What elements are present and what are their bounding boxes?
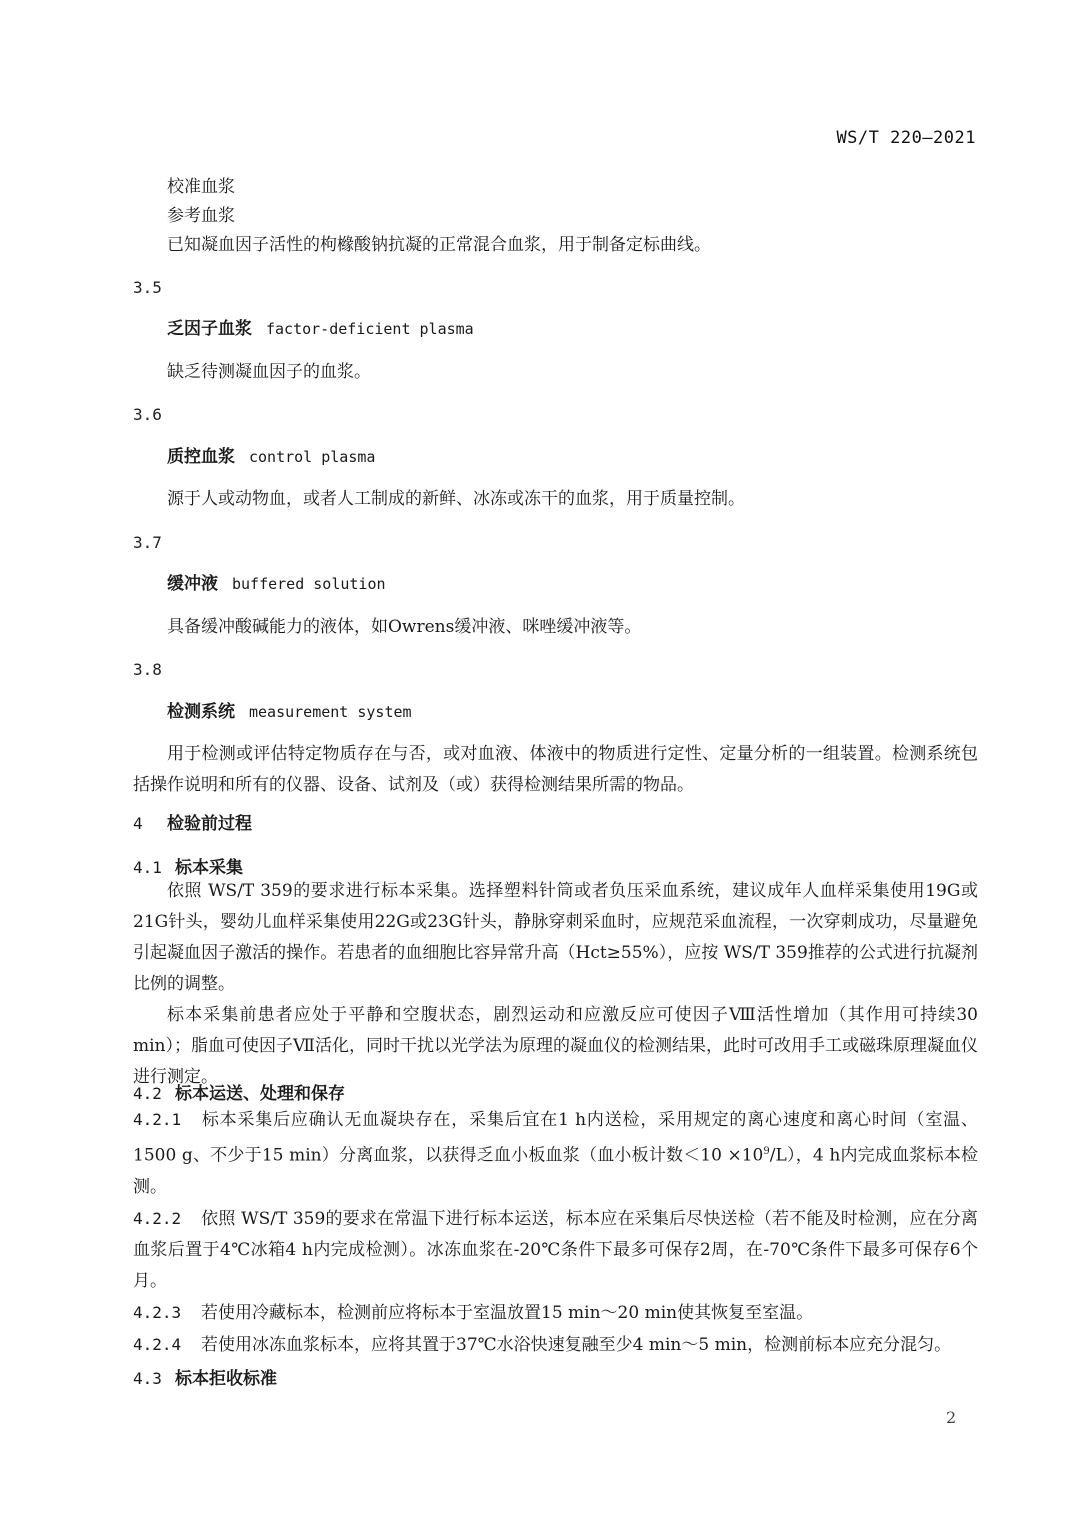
section-title: 标本采集: [175, 858, 243, 878]
clause-text: 若使用冷藏标本，检测前应将标本于室温放置15 min～20 min使其恢复至室温…: [201, 1303, 813, 1323]
term-cn: 检测系统: [167, 702, 235, 722]
section-heading-4-2: 4.2标本运送、处理和保存: [133, 1079, 345, 1104]
definition-3-5: 缺乏待测凝血因子的血浆。: [167, 357, 371, 388]
clause-number-3-8: 3.8: [133, 660, 162, 679]
term-line-1: 校准血浆: [167, 172, 235, 203]
term-cn: 质控血浆: [167, 447, 235, 467]
paragraph-collection: 依照 WS/T 359的要求进行标本采集。选择塑料针筒或者负压采血系统，建议成年…: [133, 876, 978, 1000]
section-heading-4: 4检验前过程: [133, 809, 252, 834]
term-en: measurement system: [249, 703, 412, 721]
term-en: factor-deficient plasma: [266, 320, 474, 338]
page-number: 2: [946, 1408, 956, 1427]
section-number: 4.1: [133, 858, 175, 877]
clause-text: 若使用冰冻血浆标本，应将其置于37℃水浴快速复融至少4 min～5 min，检测…: [201, 1335, 951, 1355]
term-line-2: 参考血浆: [167, 201, 235, 232]
section-heading-4-3: 4.3标本拒收标准: [133, 1364, 277, 1389]
clause-number: 4.2.4: [133, 1329, 201, 1360]
clause-number: 4.2.3: [133, 1297, 201, 1328]
section-heading-4-1: 4.1标本采集: [133, 853, 243, 878]
clause-number: 4.2.1: [133, 1104, 201, 1135]
section-number: 4: [133, 814, 167, 833]
definition-3-7: 具备缓冲酸碱能力的液体，如Owrens缓冲液、咪唑缓冲液等。: [167, 612, 641, 643]
clause-4-2-2: 4.2.2依照 WS/T 359的要求在常温下进行标本运送，标本应在采集后尽快送…: [133, 1203, 978, 1297]
section-4-2-body: 4.2.1标本采集后应确认无血凝块存在，采集后宜在1 h内送检，采用规定的离心速…: [133, 1104, 978, 1361]
section-4-1-body: 依照 WS/T 359的要求进行标本采集。选择塑料针筒或者负压采血系统，建议成年…: [133, 876, 978, 1093]
term-en: buffered solution: [232, 575, 386, 593]
term-3-5: 乏因子血浆factor-deficient plasma: [167, 314, 474, 345]
section-title: 检验前过程: [167, 814, 252, 834]
section-number: 4.2: [133, 1084, 175, 1103]
term-en: control plasma: [249, 448, 375, 466]
clause-number-3-5: 3.5: [133, 278, 162, 297]
definition-text: 用于检测或评估特定物质存在与否，或对血液、体液中的物质进行定性、定量分析的一组装…: [133, 739, 978, 801]
term-3-7: 缓冲液buffered solution: [167, 569, 386, 600]
section-title: 标本拒收标准: [175, 1369, 277, 1389]
clause-number-3-7: 3.7: [133, 533, 162, 552]
section-title: 标本运送、处理和保存: [175, 1084, 345, 1104]
clause-4-2-3: 4.2.3若使用冷藏标本，检测前应将标本于室温放置15 min～20 min使其…: [133, 1297, 978, 1329]
definition-3-4: 已知凝血因子活性的枸橼酸钠抗凝的正常混合血浆，用于制备定标曲线。: [167, 230, 711, 261]
term-3-8: 检测系统measurement system: [167, 697, 412, 728]
term-cn: 乏因子血浆: [167, 319, 252, 339]
definition-3-6: 源于人或动物血，或者人工制成的新鲜、冰冻或冻干的血浆，用于质量控制。: [167, 484, 745, 515]
section-number: 4.3: [133, 1369, 175, 1388]
term-cn: 缓冲液: [167, 574, 218, 594]
clause-4-2-1: 4.2.1标本采集后应确认无血凝块存在，采集后宜在1 h内送检，采用规定的离心速…: [133, 1104, 978, 1203]
clause-number-3-6: 3.6: [133, 405, 162, 424]
clause-text: 依照 WS/T 359的要求在常温下进行标本运送，标本应在采集后尽快送检（若不能…: [133, 1209, 978, 1291]
definition-3-8: 用于检测或评估特定物质存在与否，或对血液、体液中的物质进行定性、定量分析的一组装…: [133, 739, 978, 801]
clause-4-2-4: 4.2.4若使用冰冻血浆标本，应将其置于37℃水浴快速复融至少4 min～5 m…: [133, 1329, 978, 1361]
clause-number: 4.2.2: [133, 1203, 201, 1234]
term-3-6: 质控血浆control plasma: [167, 442, 375, 473]
standard-code-header: WS/T 220—2021: [0, 128, 976, 148]
